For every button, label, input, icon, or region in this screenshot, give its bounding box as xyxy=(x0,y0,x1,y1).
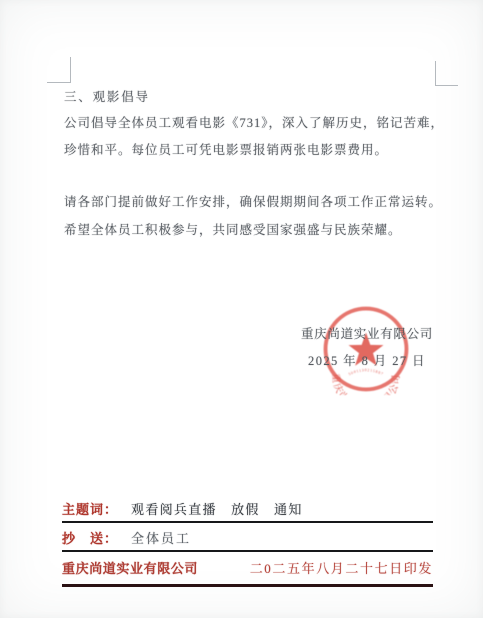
svg-text:重庆尚道实业有限公司: 重庆尚道实业有限公司 xyxy=(330,373,403,395)
seal-arc-text: 重庆尚道实业有限公司 xyxy=(330,373,403,395)
footer-subject-row: 主题词： 观看阅兵直播 放假 通知 xyxy=(62,499,433,523)
section-heading: 三、观影倡导 xyxy=(64,87,150,105)
subject-label: 主题词： xyxy=(62,499,118,518)
body-paragraph2-line1: 请各部门提前做好工作安排，确保假期期间各项工作正常运转。 xyxy=(64,192,442,210)
document-footer: 主题词： 观看阅兵直播 放假 通知 抄 送： 全体员工 重庆尚道实业有限公司 二… xyxy=(62,499,433,587)
margin-corner-mark-top-left xyxy=(47,57,71,83)
margin-corner-mark-top-right xyxy=(435,61,458,86)
cc-label: 抄 送： xyxy=(62,528,118,547)
issuer-name: 重庆尚道实业有限公司 xyxy=(62,558,198,577)
cc-value: 全体员工 xyxy=(131,528,191,547)
footer-issuer-row: 重庆尚道实业有限公司 二0二五年八月二十七日印发 xyxy=(62,552,433,587)
body-paragraph1-line2: 珍惜和平。每位员工可凭电影票报销两张电影票费用。 xyxy=(64,140,388,158)
footer-cc-row: 抄 送： 全体员工 xyxy=(62,523,433,552)
body-paragraph2-line2: 希望全体员工积极参与，共同感受国家强盛与民族荣耀。 xyxy=(64,220,402,238)
signature-company-name: 重庆尚道实业有限公司 xyxy=(296,324,438,342)
svg-text:5001130215887: 5001130215887 xyxy=(348,368,384,376)
document-page: 三、观影倡导 公司倡导全体员工观看电影《731》，深入了解历史，铭记苦难， 珍惜… xyxy=(0,0,483,618)
subject-value: 观看阅兵直播 放假 通知 xyxy=(131,499,303,518)
official-seal: 重庆尚道实业有限公司 5001130215887 xyxy=(320,303,412,395)
seal-serial-number: 5001130215887 xyxy=(348,368,384,376)
body-paragraph1-line1: 公司倡导全体员工观看电影《731》，深入了解历史，铭记苦难， xyxy=(64,113,444,131)
signature-date: 2025 年 8 月 27 日 xyxy=(296,351,438,369)
issue-date: 二0二五年八月二十七日印发 xyxy=(250,558,433,577)
